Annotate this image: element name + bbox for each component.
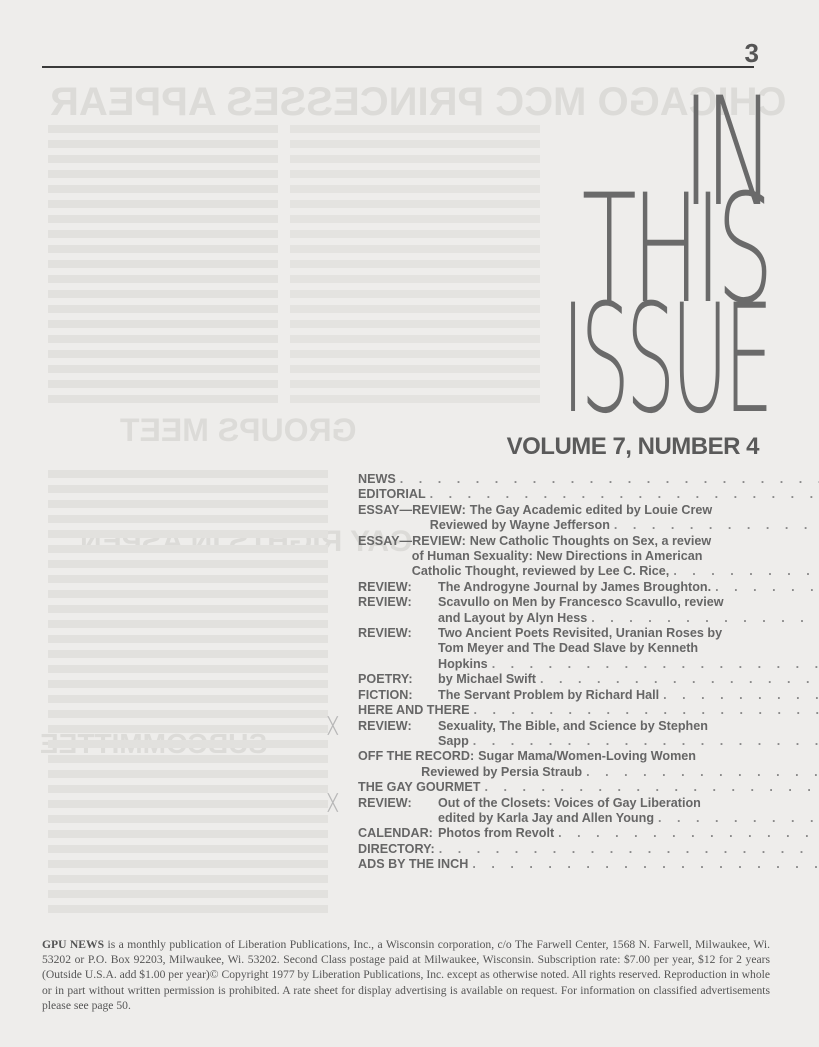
toc-entry[interactable]: REVIEW:The Androgyne Journal by James Br… [358, 580, 762, 595]
toc-entry[interactable]: REVIEW:Scavullo on Men by Francesco Scav… [358, 595, 762, 626]
toc-entry[interactable]: ESSAY—REVIEW:New Catholic Thoughts on Se… [358, 534, 762, 580]
toc-category: POETRY: [358, 672, 438, 687]
leader-dots: . . . . . . . . . . . . . . . . . . . . … [430, 487, 819, 502]
toc-title-line: of Human Sexuality: New Directions in Am… [412, 549, 703, 564]
bleed-through-headline: CHICAGO MCC PRINCESSES APPEAR [50, 80, 786, 125]
toc-category: THE GAY GOURMET [358, 780, 480, 795]
toc-entry[interactable]: ESSAY—REVIEW:The Gay Academic edited by … [358, 503, 762, 534]
toc-entry[interactable]: ADS BY THE INCH. . . . . . . . . . . . .… [358, 857, 762, 872]
publication-name: GPU NEWS [42, 938, 104, 951]
toc-title-line: Sexuality, The Bible, and Science by Ste… [438, 719, 708, 734]
toc-title-line: Catholic Thought, reviewed by Lee C. Ric… [412, 564, 670, 579]
page-number: 3 [745, 38, 759, 69]
leader-dots: . . . . . . . . . . . . . . . . . . . . … [614, 518, 819, 533]
toc-entry[interactable]: CALENDAR:Photos from Revolt. . . . . . .… [358, 826, 762, 841]
leader-dots: . . . . . . . . . . . . . . . . . . . . … [540, 672, 819, 687]
toc-entry[interactable]: EDITORIAL. . . . . . . . . . . . . . . .… [358, 487, 762, 502]
toc-category: REVIEW: [358, 796, 438, 827]
toc-entry[interactable]: HERE AND THERE. . . . . . . . . . . . . … [358, 703, 762, 718]
leader-dots: . . . . . . . . . . . . . . . . . . . . … [474, 703, 819, 718]
toc-category: REVIEW: [358, 595, 438, 626]
toc-title-line: Reviewed by Wayne Jefferson [430, 518, 610, 533]
leader-dots: . . . . . . . . . . . . . . . . . . . . … [472, 857, 819, 872]
toc-entry[interactable]: POETRY:by Michael Swift. . . . . . . . .… [358, 672, 762, 687]
toc-title-line: edited by Karla Jay and Allen Young [438, 811, 654, 826]
leader-dots: . . . . . . . . . . . . . . . . . . . . … [591, 611, 819, 626]
bleed-through-column [48, 125, 278, 405]
leader-dots: . . . . . . . . . . . . . . . . . . . . … [715, 580, 819, 595]
leader-dots: . . . . . . . . . . . . . . . . . . . . … [400, 472, 819, 487]
toc-entry[interactable]: ╳REVIEW:Out of the Closets: Voices of Ga… [358, 796, 762, 827]
title-issue: ISSUE [561, 285, 769, 435]
toc-title-line: The Servant Problem by Richard Hall [438, 688, 659, 703]
toc-title-line: Reviewed by Persia Straub [421, 765, 582, 780]
leader-dots: . . . . . . . . . . . . . . . . . . . . … [439, 842, 819, 857]
toc-title-line: The Gay Academic edited by Louie Crew [470, 503, 712, 518]
masthead-text: is a monthly publication of Liberation P… [42, 938, 770, 1012]
bleed-through-column [48, 470, 328, 920]
toc-title-line: New Catholic Thoughts on Sex, a review [470, 534, 711, 549]
leader-dots: . . . . . . . . . . . . . . . . . . . . … [673, 564, 819, 579]
toc-category: FICTION: [358, 688, 438, 703]
toc-title-line: and Layout by Alyn Hess [438, 611, 587, 626]
toc-category: REVIEW: [358, 626, 438, 672]
leader-dots: . . . . . . . . . . . . . . . . . . . . … [586, 765, 819, 780]
toc-title-line: The Androgyne Journal by James Broughton… [438, 580, 711, 595]
toc-title-line: Sugar Mama/Women-Loving Women [478, 749, 696, 764]
toc-title-line: Sapp [438, 734, 469, 749]
leader-dots: . . . . . . . . . . . . . . . . . . . . … [484, 780, 819, 795]
toc-entry[interactable]: DIRECTORY:. . . . . . . . . . . . . . . … [358, 842, 762, 857]
volume-number: VOLUME 7, NUMBER 4 [507, 433, 759, 461]
bleed-through-column [290, 125, 540, 405]
table-of-contents: NEWS. . . . . . . . . . . . . . . . . . … [358, 472, 762, 873]
bleed-through-headline: SUBCOMMITTEE [40, 728, 267, 760]
toc-category: ADS BY THE INCH [358, 857, 468, 872]
leader-dots: . . . . . . . . . . . . . . . . . . . . … [492, 657, 819, 672]
leader-dots: . . . . . . . . . . . . . . . . . . . . … [663, 688, 819, 703]
toc-title-line: by Michael Swift [438, 672, 536, 687]
publication-masthead: GPU NEWS is a monthly publication of Lib… [42, 937, 770, 1013]
leader-dots: . . . . . . . . . . . . . . . . . . . . … [473, 734, 819, 749]
toc-title-line: Photos from Revolt [438, 826, 554, 841]
toc-category: EDITORIAL [358, 487, 426, 502]
toc-category: REVIEW: [358, 719, 438, 750]
toc-title-line: Tom Meyer and The Dead Slave by Kenneth [438, 641, 698, 656]
handwritten-x-mark-icon: ╳ [328, 719, 338, 734]
toc-entry[interactable]: THE GAY GOURMET. . . . . . . . . . . . .… [358, 780, 762, 795]
toc-entry[interactable]: OFF THE RECORD:Sugar Mama/Women-Loving W… [358, 749, 762, 780]
toc-category: HERE AND THERE [358, 703, 470, 718]
handwritten-x-mark-icon: ╳ [328, 796, 338, 811]
toc-title-line: Scavullo on Men by Francesco Scavullo, r… [438, 595, 724, 610]
toc-title-line: Two Ancient Poets Revisited, Uranian Ros… [438, 626, 722, 641]
toc-entry[interactable]: FICTION:The Servant Problem by Richard H… [358, 688, 762, 703]
toc-entry[interactable]: ╳REVIEW:Sexuality, The Bible, and Scienc… [358, 719, 762, 750]
leader-dots: . . . . . . . . . . . . . . . . . . . . … [558, 826, 819, 841]
toc-title-line: Out of the Closets: Voices of Gay Libera… [438, 796, 701, 811]
bleed-through-headline: GROUPS MEET [120, 412, 356, 449]
leader-dots: . . . . . . . . . . . . . . . . . . . . … [658, 811, 819, 826]
toc-category: NEWS [358, 472, 396, 487]
toc-entry[interactable]: REVIEW:Two Ancient Poets Revisited, Uran… [358, 626, 762, 672]
toc-category: DIRECTORY: [358, 842, 435, 857]
toc-entry[interactable]: NEWS. . . . . . . . . . . . . . . . . . … [358, 472, 762, 487]
toc-title-line: Hopkins [438, 657, 488, 672]
toc-category: REVIEW: [358, 580, 438, 595]
toc-category: CALENDAR: [358, 826, 438, 841]
header-rule [42, 66, 754, 68]
